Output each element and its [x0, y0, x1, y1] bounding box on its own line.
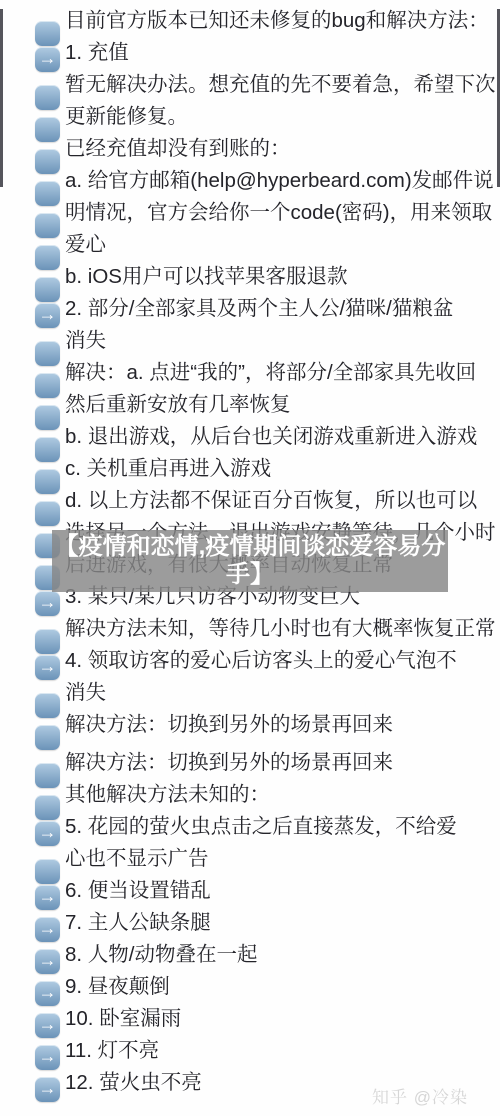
- text-line: → 11. 灯不亮: [35, 1035, 467, 1067]
- line-text: c. 关机重启再进入游戏: [65, 457, 271, 480]
- line-text: 心也不显示广告: [65, 847, 209, 870]
- right-arrow-glyph: →: [39, 919, 57, 937]
- line-text: 12. 萤火虫不亮: [65, 1071, 202, 1094]
- line-text: 然后重新安放有几率恢复: [65, 393, 291, 416]
- right-arrow-glyph: →: [39, 1015, 57, 1033]
- line-text: d. 以上方法都不保证百分百恢复，所以也可以: [65, 489, 477, 512]
- right-arrow-icon: →: [35, 917, 60, 942]
- right-arrow-glyph: →: [39, 1079, 57, 1097]
- right-arrow-icon: →: [35, 1013, 60, 1038]
- line-text: 其他解决方法未知的：: [65, 783, 270, 806]
- text-line: 消失: [35, 677, 467, 709]
- text-line: a. 给官方邮箱(help@hyperbeard.com)发邮件说: [35, 165, 467, 197]
- line-text: 解决方法：切换到另外的场景再回来: [65, 713, 393, 736]
- center-watermark-banner: 【疫情和恋情,疫情期间谈恋爱容易分手】: [52, 530, 448, 592]
- right-arrow-glyph: →: [39, 49, 57, 67]
- right-arrow-icon: →: [35, 47, 60, 72]
- line-text: 2. 部分/全部家具及两个主人公/猫咪/猫粮盆: [65, 297, 453, 320]
- line-text: 4. 领取访客的爱心后访客头上的爱心气泡不: [65, 649, 457, 672]
- line-text: b. 退出游戏，从后台也关闭游戏重新进入游戏: [65, 425, 477, 448]
- text-line: → 1. 充值: [35, 37, 467, 69]
- text-line: 解决方法：切换到另外的场景再回来: [35, 747, 467, 779]
- text-line: 其他解决方法未知的：: [35, 779, 467, 811]
- line-text: 已经充值却没有到账的：: [65, 137, 291, 160]
- text-line: 解决方法：切换到另外的场景再回来: [35, 709, 467, 741]
- line-text: 消失: [65, 681, 106, 704]
- text-line: → 9. 昼夜颠倒: [35, 971, 467, 1003]
- text-line: 心也不显示广告: [35, 843, 467, 875]
- text-line: 解决：a. 点进“我的”，将部分/全部家具先收回: [35, 357, 467, 389]
- line-text: 暂无解决办法。想充值的先不要着急，希望下次: [65, 73, 496, 96]
- line-text: 5. 花园的萤火虫点击之后直接蒸发，不给爱: [65, 815, 457, 838]
- zhihu-author-watermark: 知乎 @冷染: [372, 1083, 468, 1108]
- right-arrow-glyph: →: [39, 305, 57, 323]
- text-line: b. 退出游戏，从后台也关闭游戏重新进入游戏: [35, 421, 467, 453]
- line-text: 11. 灯不亮: [65, 1039, 159, 1062]
- text-line: d. 以上方法都不保证百分百恢复，所以也可以: [35, 485, 467, 517]
- line-text: 解决：a. 点进“我的”，将部分/全部家具先收回: [65, 361, 476, 384]
- text-line: b. iOS用户可以找苹果客服退款: [35, 261, 467, 293]
- text-line: 解决方法未知，等待几小时也有大概率恢复正常: [35, 613, 467, 645]
- line-text: 更新能修复。: [65, 105, 188, 128]
- right-arrow-icon: →: [35, 1077, 60, 1102]
- text-line: → 7. 主人公缺条腿: [35, 907, 467, 939]
- text-line: 已经充值却没有到账的：: [35, 133, 467, 165]
- line-text: 目前官方版本已知还未修复的bug和解决方法：: [65, 9, 489, 32]
- left-edge-bar: [0, 9, 3, 187]
- right-arrow-glyph: →: [39, 1047, 57, 1065]
- line-text: 消失: [65, 329, 106, 352]
- line-text: 明情况，官方会给你一个code(密码)，用来领取: [65, 201, 492, 224]
- right-arrow-icon: →: [35, 655, 60, 680]
- line-text: 8. 人物/动物叠在一起: [65, 943, 258, 966]
- right-arrow-icon: →: [35, 885, 60, 910]
- line-text: 9. 昼夜颠倒: [65, 975, 170, 998]
- text-line: → 6. 便当设置错乱: [35, 875, 467, 907]
- text-line: → 4. 领取访客的爱心后访客头上的爱心气泡不: [35, 645, 467, 677]
- right-arrow-glyph: →: [39, 887, 57, 905]
- line-text: 爱心: [65, 233, 106, 256]
- text-line: → 8. 人物/动物叠在一起: [35, 939, 467, 971]
- right-arrow-icon: →: [35, 821, 60, 846]
- line-text: a. 给官方邮箱(help@hyperbeard.com)发邮件说: [65, 169, 494, 192]
- right-arrow-glyph: →: [39, 983, 57, 1001]
- right-arrow-icon: →: [35, 591, 60, 616]
- line-text: 解决方法：切换到另外的场景再回来: [65, 751, 393, 774]
- right-arrow-glyph: →: [39, 593, 57, 611]
- line-text: 10. 卧室漏雨: [65, 1007, 181, 1030]
- right-arrow-icon: →: [35, 1045, 60, 1070]
- line-text: 6. 便当设置错乱: [65, 879, 211, 902]
- right-arrow-glyph: →: [39, 657, 57, 675]
- right-arrow-icon: [35, 725, 60, 750]
- text-line: 目前官方版本已知还未修复的bug和解决方法：: [35, 5, 467, 37]
- right-arrow-glyph: →: [39, 951, 57, 969]
- text-line: 更新能修复。: [35, 101, 467, 133]
- text-line: → 10. 卧室漏雨: [35, 1003, 467, 1035]
- text-line: c. 关机重启再进入游戏: [35, 453, 467, 485]
- text-line: → 5. 花园的萤火虫点击之后直接蒸发，不给爱: [35, 811, 467, 843]
- right-arrow-icon: →: [35, 981, 60, 1006]
- line-text: 1. 充值: [65, 41, 129, 64]
- text-line: 暂无解决办法。想充值的先不要着急，希望下次: [35, 69, 467, 101]
- text-line: 明情况，官方会给你一个code(密码)，用来领取: [35, 197, 467, 229]
- line-text: b. iOS用户可以找苹果客服退款: [65, 265, 347, 288]
- text-line: → 2. 部分/全部家具及两个主人公/猫咪/猫粮盆: [35, 293, 467, 325]
- text-line: 爱心: [35, 229, 467, 261]
- line-text: 解决方法未知，等待几小时也有大概率恢复正常: [65, 617, 496, 640]
- right-arrow-icon: →: [35, 303, 60, 328]
- line-text: 7. 主人公缺条腿: [65, 911, 211, 934]
- right-arrow-glyph: →: [39, 823, 57, 841]
- text-line: 然后重新安放有几率恢复: [35, 389, 467, 421]
- right-arrow-icon: →: [35, 949, 60, 974]
- text-line: 消失: [35, 325, 467, 357]
- screenshot-page: 目前官方版本已知还未修复的bug和解决方法： → 1. 充值 暂无解决办法。想充…: [0, 0, 500, 1116]
